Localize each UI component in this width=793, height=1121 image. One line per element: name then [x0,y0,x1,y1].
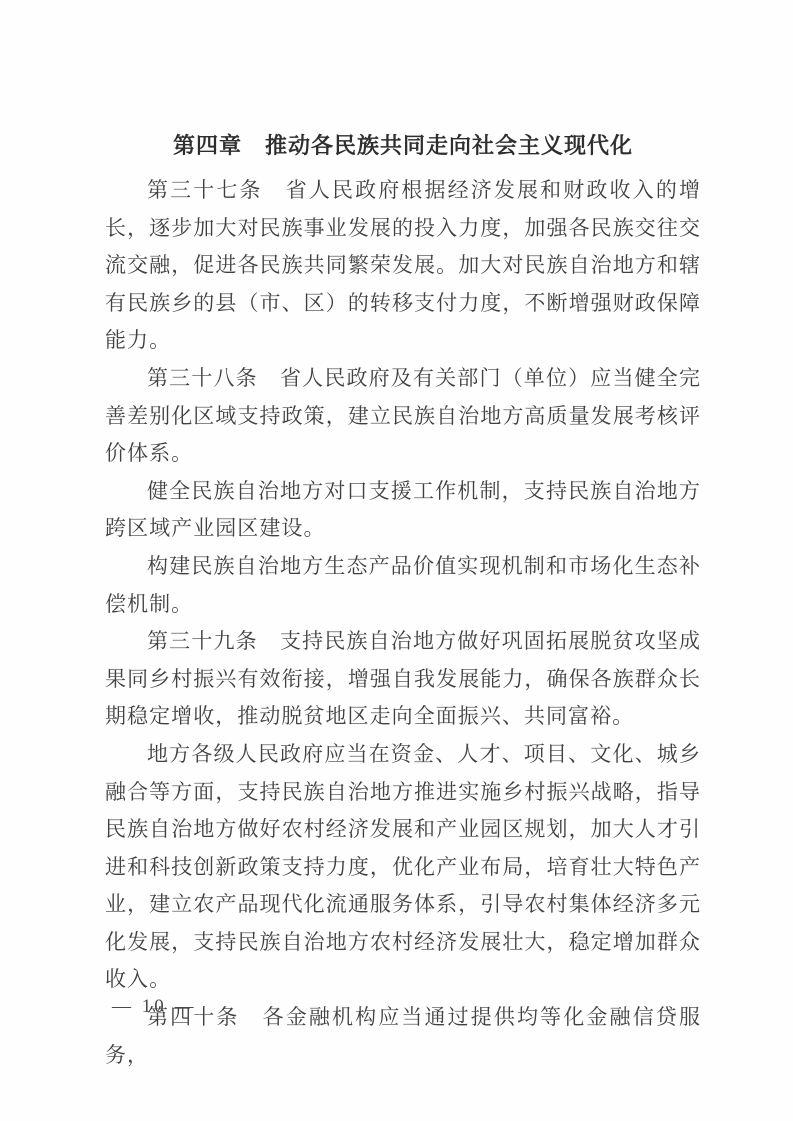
document-page: 第四章 推动各民族共同走向社会主义现代化 第三十七条 省人民政府根据经济发展和财… [0,0,793,1121]
body-paragraph: 健全民族自治地方对口支援工作机制，支持民族自治地方跨区域产业园区建设。 [105,473,701,548]
document-body: 第三十七条 省人民政府根据经济发展和财政收入的增长，逐步加大对民族事业发展的投入… [105,172,701,1074]
body-paragraph: 地方各级人民政府应当在资金、人才、项目、文化、城乡融合等方面，支持民族自治地方推… [105,736,701,999]
page-number: — 10 — [112,996,197,1018]
chapter-heading: 第四章 推动各民族共同走向社会主义现代化 [105,126,701,166]
body-paragraph: 第三十七条 省人民政府根据经济发展和财政收入的增长，逐步加大对民族事业发展的投入… [105,172,701,360]
body-paragraph: 第三十八条 省人民政府及有关部门（单位）应当健全完善差别化区域支持政策，建立民族… [105,360,701,473]
body-paragraph: 第三十九条 支持民族自治地方做好巩固拓展脱贫攻坚成果同乡村振兴有效衔接，增强自我… [105,623,701,736]
page-content: 第四章 推动各民族共同走向社会主义现代化 第三十七条 省人民政府根据经济发展和财… [105,126,701,1074]
body-paragraph: 构建民族自治地方生态产品价值实现机制和市场化生态补偿机制。 [105,548,701,623]
